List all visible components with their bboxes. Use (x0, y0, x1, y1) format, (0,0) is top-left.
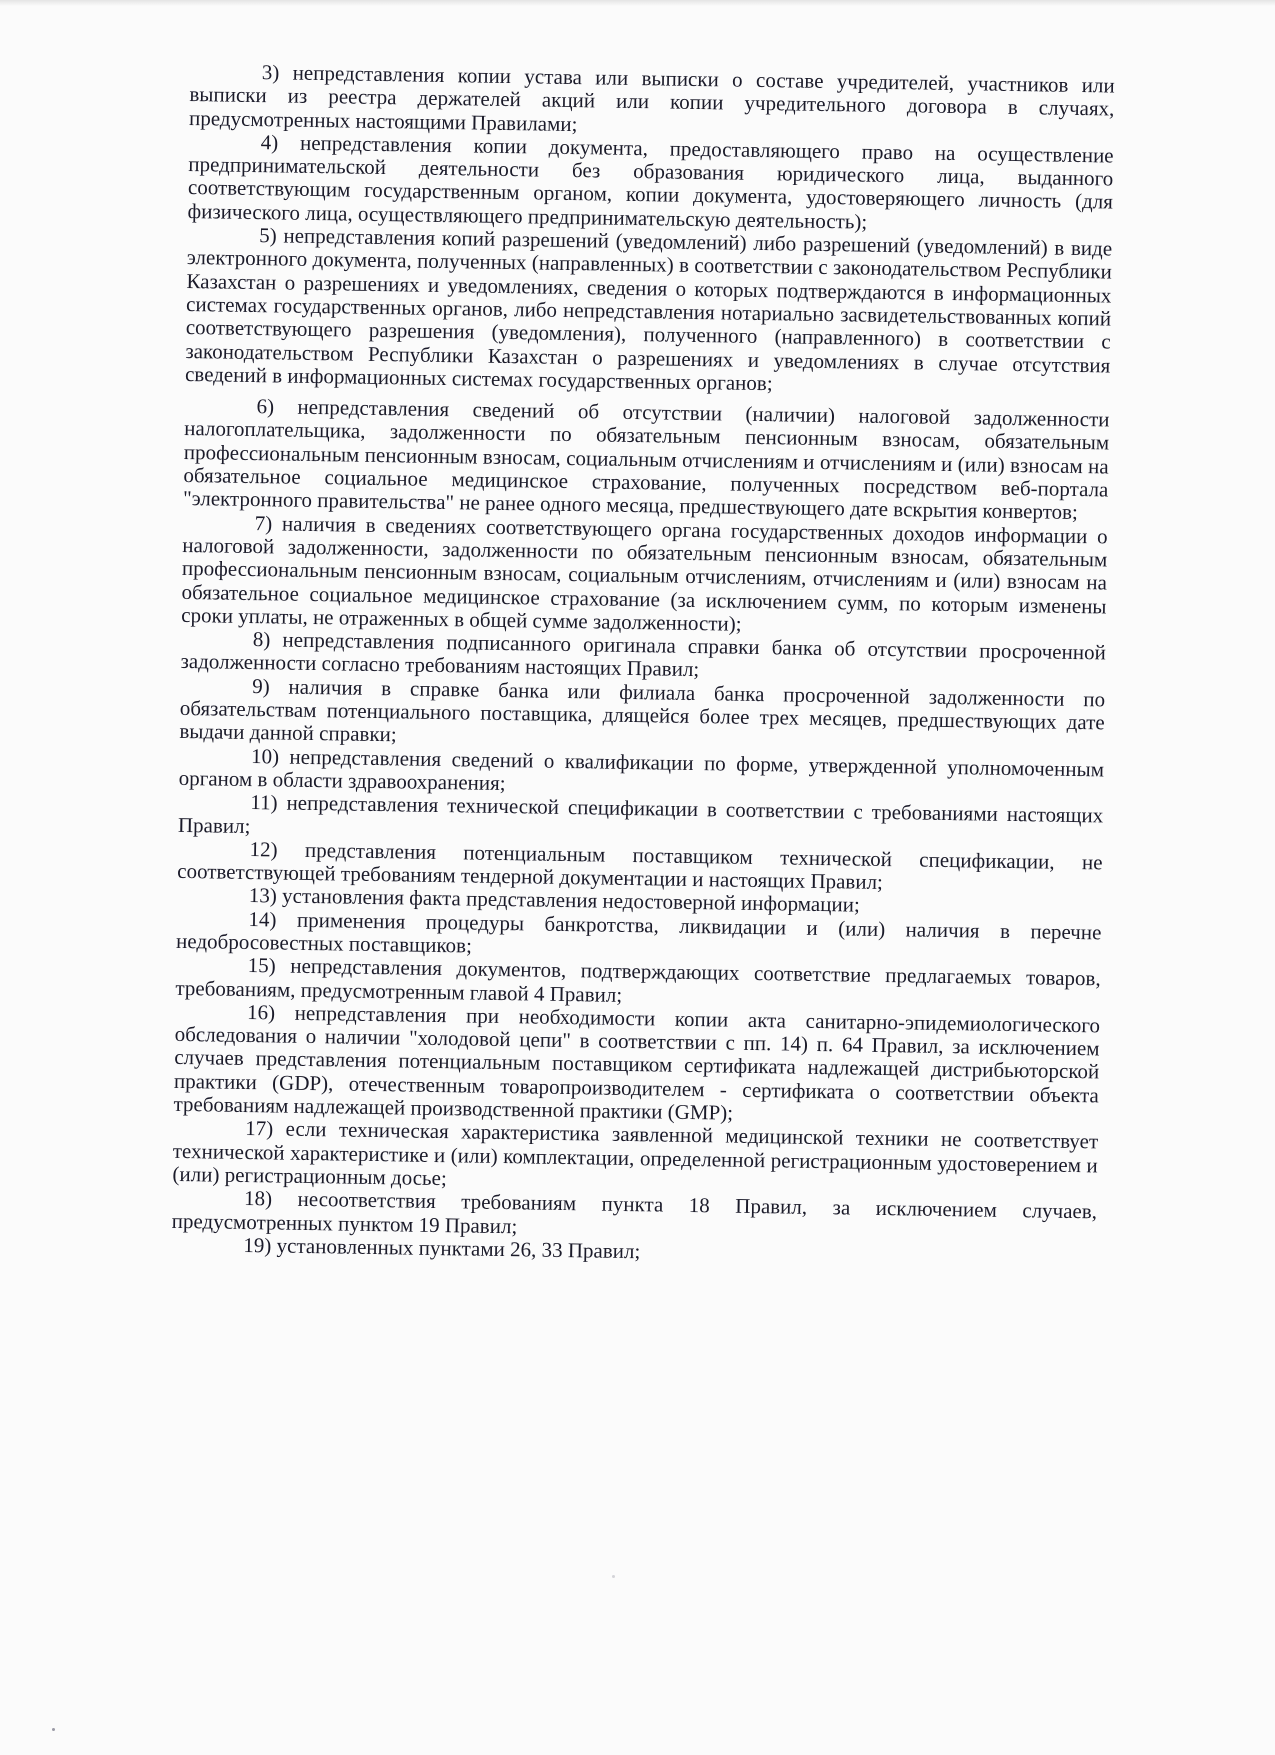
list-item-6: 6) непредставления сведений об отсутстви… (183, 394, 1110, 525)
item-number: 8) (253, 627, 271, 651)
item-text: если техническая характеристика заявленн… (172, 1117, 1098, 1190)
item-text: непредставления при необходимости копии … (173, 1001, 1100, 1125)
list-item-16: 16) непредставления при необходимости ко… (173, 1000, 1100, 1131)
scan-speck (52, 1728, 55, 1731)
item-number: 9) (252, 674, 270, 698)
list-item-7: 7) наличия в сведениях соответствующего … (181, 511, 1108, 642)
item-number: 7) (255, 511, 273, 535)
item-text: непредставления сведений об отсутствии (… (183, 395, 1110, 524)
list-item-4: 4) непредставления копии документа, пред… (187, 130, 1113, 238)
item-number: 6) (256, 394, 274, 418)
item-number: 12) (249, 837, 277, 861)
item-number: 14) (248, 907, 276, 931)
scan-top-edge (0, 0, 1275, 6)
item-number: 18) (244, 1186, 272, 1210)
item-text: непредставления копии устава или выписки… (189, 61, 1115, 136)
item-number: 16) (247, 1000, 275, 1024)
item-number: 19) (243, 1233, 271, 1257)
item-number: 13) (249, 883, 277, 907)
item-number: 3) (262, 60, 280, 84)
item-text: непредставления копий разрешений (уведом… (185, 224, 1112, 395)
item-text: наличия в справке банка или филиала банк… (179, 674, 1105, 746)
item-number: 5) (259, 223, 277, 247)
item-number: 17) (245, 1116, 273, 1140)
item-number: 11) (250, 790, 278, 814)
item-text: непредставления копии документа, предост… (187, 131, 1113, 234)
scan-speck (612, 1575, 615, 1578)
item-number: 15) (248, 953, 276, 977)
list-item-5: 5) непредставления копий разрешений (уве… (185, 223, 1112, 401)
item-number: 10) (251, 744, 279, 768)
item-text: установленных пунктами 26, 33 Правил; (276, 1233, 640, 1263)
document-page: 3) непредставления копии устава или выпи… (171, 60, 1115, 1271)
item-number: 4) (261, 130, 279, 154)
item-text: наличия в сведениях соответствующего орг… (181, 511, 1108, 635)
